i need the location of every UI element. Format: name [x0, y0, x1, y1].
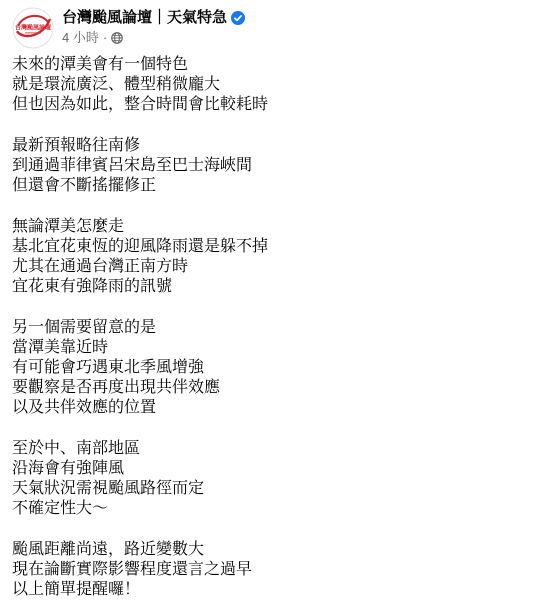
post-line: 颱風距離尚遠，路近變數大	[12, 540, 534, 560]
meta-separator: ·	[103, 30, 107, 46]
post-line: 基北宜花東恆的迎風降雨還是躲不掉	[12, 237, 534, 257]
post-line: 尤其在通過台灣正南方時	[12, 257, 534, 277]
post-paragraph: 無論潭美怎麼走基北宜花東恆的迎風降雨還是躲不掉尤其在通過台灣正南方時宜花東有強降…	[12, 217, 534, 297]
verified-badge-icon	[231, 11, 245, 25]
globe-icon	[111, 32, 123, 44]
header-text: 台灣颱風論壇｜天氣特急 4 小時 ·	[62, 7, 245, 46]
post-paragraph: 颱風距離尚遠，路近變數大現在論斷實際影響程度還言之過早以上簡單提醒囉！	[12, 540, 534, 600]
post-paragraph: 未來的潭美會有一個特色就是環流廣泛、體型稍微龐大但也因為如此，整合時間會比較耗時	[12, 55, 534, 115]
post-line: 天氣狀況需視颱風路徑而定	[12, 479, 534, 499]
post-line: 到通過菲律賓呂宋島至巴士海峽間	[12, 156, 534, 176]
post-paragraph: 至於中、南部地區沿海會有強陣風天氣狀況需視颱風路徑而定不確定性大～	[12, 439, 534, 519]
post-line: 不確定性大～	[12, 499, 534, 519]
post-line: 以及共伴效應的位置	[12, 398, 534, 418]
post-line: 沿海會有強陣風	[12, 459, 534, 479]
facebook-post: 台灣颱風論壇 台灣颱風論壇｜天氣特急 4 小時 ·	[0, 0, 546, 600]
post-line: 當潭美靠近時	[12, 338, 534, 358]
post-line: 最新預報略往南修	[12, 136, 534, 156]
post-paragraph: 另一個需要留意的是當潭美靠近時有可能會巧遇東北季風增強要觀察是否再度出現共伴效應…	[12, 318, 534, 418]
post-line: 至於中、南部地區	[12, 439, 534, 459]
post-line: 以上簡單提醒囉！	[12, 580, 534, 600]
post-paragraph: 最新預報略往南修到通過菲律賓呂宋島至巴士海峽間但還會不斷搖擺修正	[12, 136, 534, 196]
post-text: 未來的潭美會有一個特色就是環流廣泛、體型稍微龐大但也因為如此，整合時間會比較耗時…	[12, 55, 534, 600]
avatar[interactable]: 台灣颱風論壇	[12, 7, 54, 49]
name-row: 台灣颱風論壇｜天氣特急	[62, 8, 245, 27]
post-line: 未來的潭美會有一個特色	[12, 55, 534, 75]
post-line: 宜花東有強降雨的訊號	[12, 277, 534, 297]
post-line: 但還會不斷搖擺修正	[12, 176, 534, 196]
post-line: 有可能會巧遇東北季風增強	[12, 358, 534, 378]
post-line: 就是環流廣泛、體型稍微龐大	[12, 75, 534, 95]
page-name-link[interactable]: 台灣颱風論壇｜天氣特急	[62, 8, 227, 27]
timestamp-link[interactable]: 4 小時	[62, 30, 99, 46]
post-meta: 4 小時 ·	[62, 30, 245, 46]
typhoon-forum-logo-icon: 台灣颱風論壇	[12, 7, 54, 49]
post-line: 另一個需要留意的是	[12, 318, 534, 338]
post-header: 台灣颱風論壇 台灣颱風論壇｜天氣特急 4 小時 ·	[12, 0, 534, 49]
post-line: 現在論斷實際影響程度還言之過早	[12, 560, 534, 580]
post-line: 無論潭美怎麼走	[12, 217, 534, 237]
post-line: 但也因為如此，整合時間會比較耗時	[12, 95, 534, 115]
post-line: 要觀察是否再度出現共伴效應	[12, 378, 534, 398]
svg-text:台灣颱風論壇: 台灣颱風論壇	[15, 24, 51, 32]
